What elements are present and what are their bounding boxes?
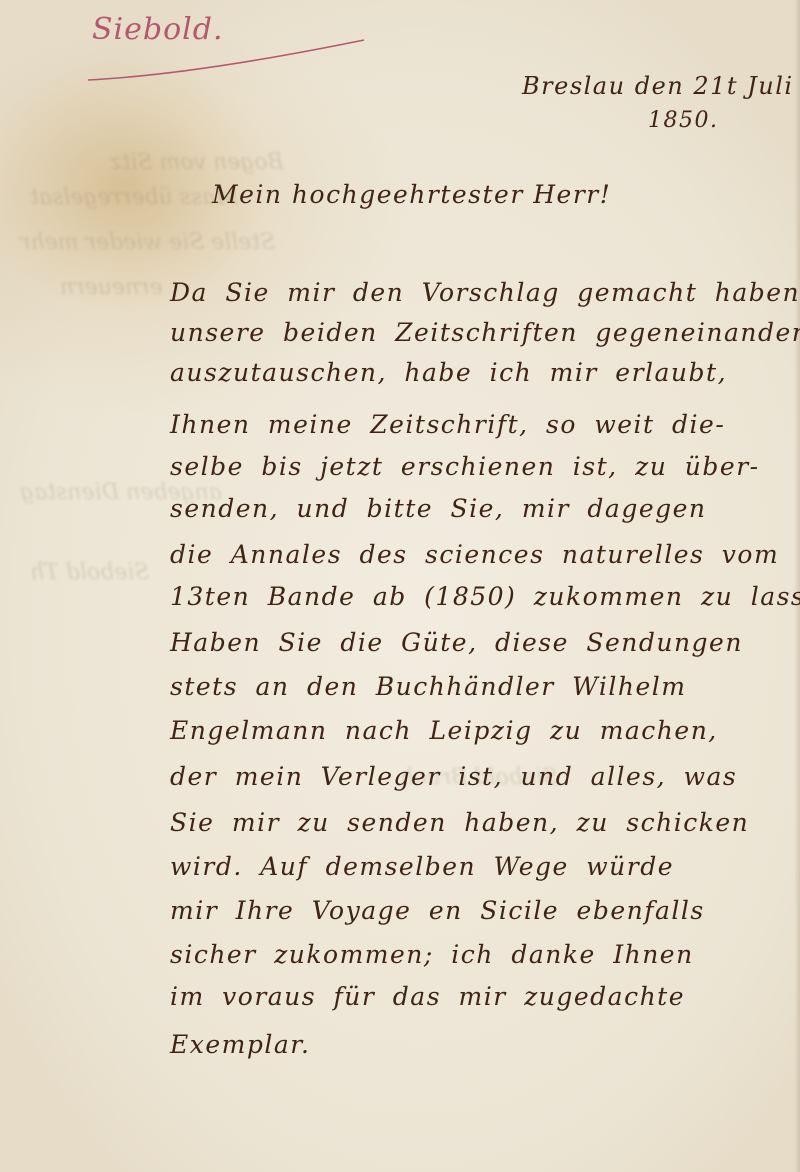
body-line: selbe bis jetzt erschienen ist, zu über-	[170, 452, 760, 481]
body-line: Haben Sie die Güte, diese Sendungen	[170, 628, 743, 657]
bleed-through-text: Mass überregelsat	[30, 185, 238, 210]
body-line: Da Sie mir den Vorschlag gemacht haben,	[170, 278, 800, 307]
body-line: unsere beiden Zeitschriften gegeneinande…	[170, 318, 800, 347]
bleed-through-text: Siebold Th	[30, 560, 149, 585]
body-line: im voraus für das mir zugedachte	[170, 982, 685, 1011]
body-line: die Annales des sciences naturelles vom	[170, 540, 779, 569]
body-line: Ihnen meine Zeitschrift, so weit die-	[170, 410, 725, 439]
bleed-through-text: Stelle Sie wieder mehr	[20, 230, 275, 255]
body-line: der mein Verleger ist, und alles, was	[170, 762, 737, 791]
bleed-through-text: erneuern	[60, 275, 163, 300]
salutation: Mein hochgeehrtester Herr!	[212, 180, 611, 209]
body-line: 13ten Bande ab (1850) zukommen zu lassen…	[170, 582, 800, 611]
body-line: mir Ihre Voyage en Sicile ebenfalls	[170, 896, 705, 925]
dateline-place-date: Breslau den 21t Juli	[522, 72, 794, 100]
dateline-year: 1850.	[648, 108, 718, 133]
body-line: Exemplar.	[170, 1030, 310, 1059]
letter-sheet: Bogen vom Sitz Mass überregelsat Stelle …	[0, 0, 800, 1172]
body-line: sicher zukommen; ich danke Ihnen	[170, 940, 694, 969]
body-line: auszutauschen, habe ich mir erlaubt,	[170, 358, 727, 387]
body-line: Sie mir zu senden haben, zu schicken	[170, 808, 749, 837]
annotation-underline	[86, 38, 366, 88]
body-line: wird. Auf demselben Wege würde	[170, 852, 674, 881]
body-line: senden, und bitte Sie, mir dagegen	[170, 494, 707, 523]
body-line: stets an den Buchhändler Wilhelm	[170, 672, 687, 701]
body-line: Engelmann nach Leipzig zu machen,	[170, 716, 718, 745]
bleed-through-text: Bogen vom Sitz	[110, 150, 284, 175]
